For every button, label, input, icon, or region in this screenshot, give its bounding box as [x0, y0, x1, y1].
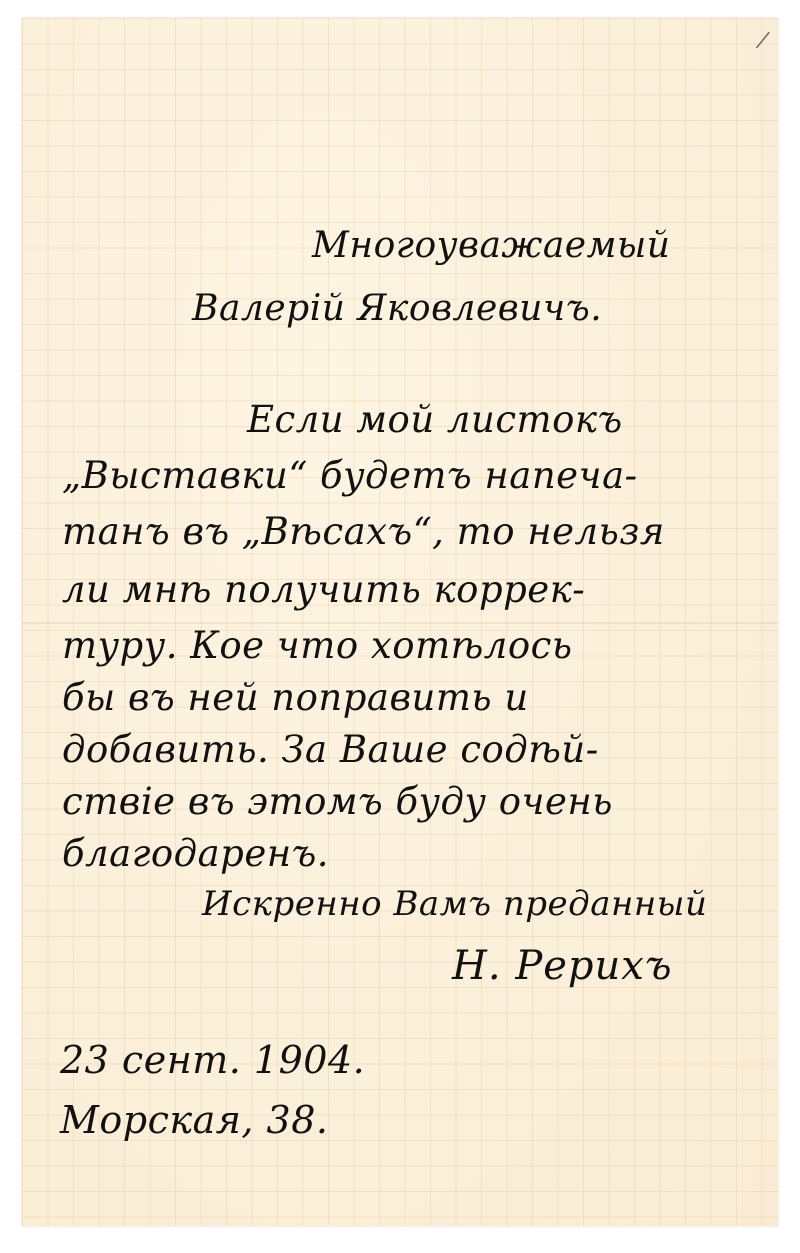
body-line: ли мнѣ получить коррек-	[62, 568, 585, 611]
letter-date: 23 сент. 1904.	[60, 1038, 365, 1082]
letter-sheet: / Многоуважаемый Валерій Яковлевичъ. Есл…	[22, 18, 778, 1226]
salutation-line-2: Валерій Яковлевичъ.	[192, 288, 602, 329]
body-line: бы въ ней поправить и	[62, 676, 529, 719]
closing-phrase: Искренно Вамъ преданный	[202, 884, 707, 924]
body-line: добавить. За Ваше содѣй-	[62, 728, 599, 771]
salutation-line-1: Многоуважаемый	[312, 225, 670, 266]
body-line: туру. Кое что хотѣлось	[62, 624, 573, 667]
body-line: Если мой листокъ	[247, 398, 623, 441]
body-line: „Выставки“ будетъ напеча-	[62, 454, 638, 497]
body-line: танъ въ „Вѣсахъ“, то нельзя	[62, 510, 665, 553]
sender-address: Морская, 38.	[60, 1098, 329, 1142]
body-line: ствіе въ этомъ буду очень	[62, 780, 613, 823]
page-number-mark: /	[756, 28, 768, 54]
body-line: благодаренъ.	[62, 832, 329, 875]
signature: Н. Рерихъ	[452, 943, 672, 989]
